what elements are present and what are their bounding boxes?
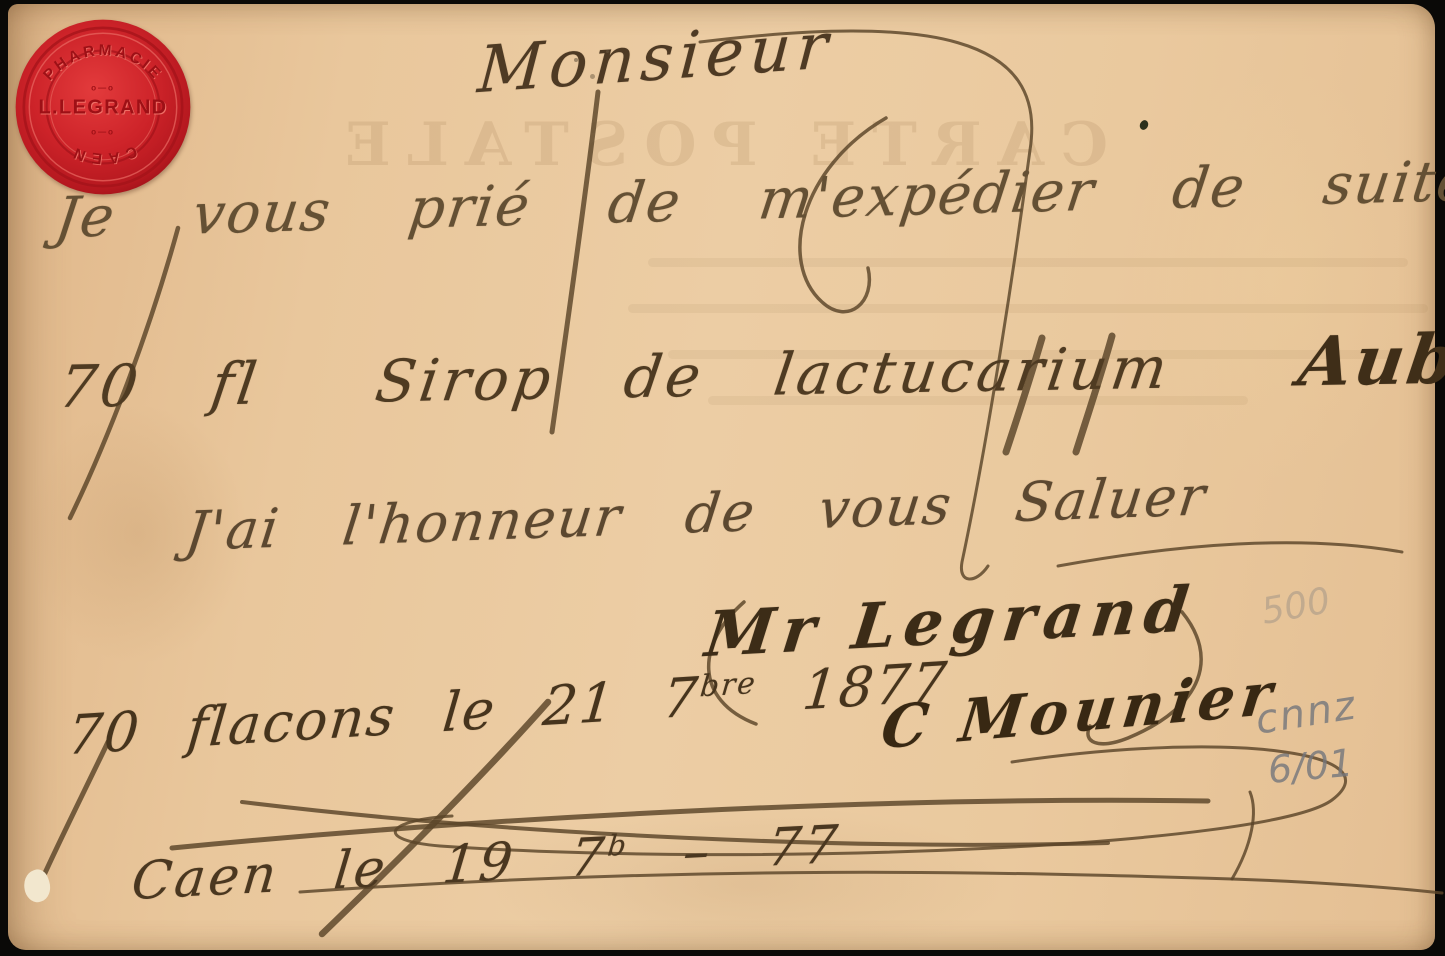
fulfillment-note-superscript: bre [698,666,758,705]
pencil-note-fraction: 6/01 [1266,741,1355,792]
pharmacy-wax-seal: PHARMACIE PHARMACIE o—o ​L.LEGRAND ​L.LE… [12,16,194,198]
svg-text:​L.LEGRAND: ​L.LEGRAND [38,96,167,118]
order-brand: Aubergier [1294,315,1445,402]
dateline-suffix: – 77 [680,815,843,884]
order-product: Sirop de lactucarium [371,334,1175,416]
seal-name-text: ​L.LEGRAND ​L.LEGRAND [38,96,168,119]
scan-background: CARTE POSTALE PHARMACIE PHARM [0,0,1445,956]
seal-ornament-top: o—o [91,84,115,93]
seal-ornament-bottom: o—o [91,127,115,136]
ghost-print-line [648,258,1408,267]
ghost-print-line [628,304,1428,313]
ink-speck [590,74,595,79]
postcard-back: CARTE POSTALE [8,4,1435,950]
ink-speck [606,50,609,53]
ink-speck [574,58,578,62]
paper-stain [1128,64,1428,484]
order-quantity: 70 fl [55,349,265,421]
dateline-superscript: b [606,827,631,862]
